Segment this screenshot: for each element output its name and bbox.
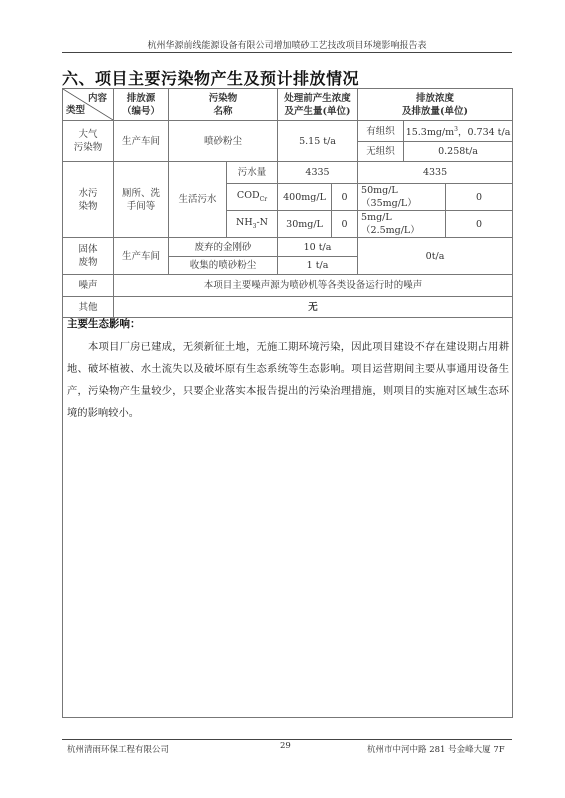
cod-after-conc: 50mg/L（35mg/L） bbox=[358, 184, 446, 211]
header-line: 处理前产生浓度 bbox=[278, 92, 357, 105]
water-pollutant: 生活污水 bbox=[169, 162, 227, 238]
header-line: 及排放量(单位) bbox=[358, 105, 512, 118]
header-line: 排放源 bbox=[114, 92, 168, 105]
air-unorganized-value: 0.258t/a bbox=[404, 142, 513, 162]
page-number: 29 bbox=[280, 741, 291, 751]
table-header-row: 内容 类型 排放源（编号） 污染物名称 处理前产生浓度及产生量(单位) 排放浓度… bbox=[63, 89, 513, 121]
running-header: 杭州华源前线能源设备有限公司增加喷砂工艺技改项目环境影响报告表 bbox=[62, 38, 512, 51]
solid-source: 生产车间 bbox=[114, 238, 169, 275]
footer-address: 杭州市中河中路 281 号金峰大厦 7F bbox=[367, 743, 505, 755]
solid-after: 0t/a bbox=[358, 238, 513, 275]
air-before: 5.15 t/a bbox=[278, 121, 358, 162]
water-item: 污水量 bbox=[227, 162, 278, 184]
header-type: 类型 bbox=[66, 104, 85, 117]
water-source: 厕所、洗手间等 bbox=[114, 162, 169, 238]
noise-row: 噪声 本项目主要噪声源为喷砂机等各类设备运行时的噪声 bbox=[63, 275, 513, 297]
cod-before-conc: 400mg/L bbox=[278, 184, 332, 211]
header-source: 排放源（编号） bbox=[114, 89, 169, 121]
noise-type: 噪声 bbox=[63, 275, 114, 297]
noise-text: 本项目主要噪声源为喷砂机等各类设备运行时的噪声 bbox=[114, 275, 513, 297]
header-line: 及产生量(单位) bbox=[278, 105, 357, 118]
air-organized-label: 有组织 bbox=[358, 121, 404, 142]
solid-item: 收集的喷砂粉尘 bbox=[169, 257, 278, 275]
header-line: 排放浓度 bbox=[358, 92, 512, 105]
air-unorganized-label: 无组织 bbox=[358, 142, 404, 162]
type-line: 污染物 bbox=[63, 141, 113, 154]
eco-impact-title: 主要生态影响： bbox=[67, 316, 141, 331]
nh3n-after-amt: 0 bbox=[446, 211, 513, 238]
water-row-1: 水污染物 厕所、洗手间等 生活污水 污水量 4335 4335 bbox=[63, 162, 513, 184]
solid-before: 10 t/a bbox=[278, 238, 358, 257]
air-row-1: 大气污染物 生产车间 喷砂粉尘 5.15 t/a 有组织 15.3mg/m3，0… bbox=[63, 121, 513, 142]
solid-row-1: 固体废物 生产车间 废弃的金刚砂 10 t/a 0t/a bbox=[63, 238, 513, 257]
eco-impact-body: 本项目厂房已建成，无须新征土地，无施工期环境污染，因此项目建设不存在建设期占用耕… bbox=[67, 336, 509, 424]
header-emission: 排放浓度及排放量(单位) bbox=[358, 89, 513, 121]
nh3n-before-conc: 30mg/L bbox=[278, 211, 332, 238]
item-text: NH bbox=[236, 217, 253, 228]
nh3n-before-amt: 0 bbox=[332, 211, 358, 238]
header-line: 名称 bbox=[169, 105, 277, 118]
type-line: 废物 bbox=[63, 256, 113, 269]
header-before: 处理前产生浓度及产生量(单位) bbox=[278, 89, 358, 121]
water-before: 4335 bbox=[278, 162, 358, 184]
eco-impact-box: 主要生态影响： 本项目厂房已建成，无须新征土地，无施工期环境污染，因此项目建设不… bbox=[62, 306, 513, 718]
item-sub: Cr bbox=[260, 195, 267, 202]
water-type: 水污染物 bbox=[63, 162, 114, 238]
nh3n-after-conc: 5mg/L（2.5mg/L） bbox=[358, 211, 446, 238]
air-organized-value: 15.3mg/m3，0.734 t/a bbox=[404, 121, 513, 142]
water-item-nh3n: NH3-N bbox=[227, 211, 278, 238]
type-line: 固体 bbox=[63, 243, 113, 256]
water-after: 4335 bbox=[358, 162, 513, 184]
diagonal-header-cell: 内容 类型 bbox=[63, 89, 114, 121]
air-pollutant: 喷砂粉尘 bbox=[169, 121, 278, 162]
header-line: （编号） bbox=[114, 105, 168, 118]
water-item-cod: CODCr bbox=[227, 184, 278, 211]
footer-company: 杭州清雨环保工程有限公司 bbox=[67, 743, 169, 755]
cod-before-amt: 0 bbox=[332, 184, 358, 211]
solid-item: 废弃的金刚砂 bbox=[169, 238, 278, 257]
item-text: -N bbox=[256, 217, 268, 228]
value-text: ，0.734 t/a bbox=[458, 127, 510, 138]
header-content: 内容 bbox=[88, 92, 107, 105]
air-type: 大气污染物 bbox=[63, 121, 114, 162]
header-rule bbox=[62, 52, 512, 53]
type-line: 染物 bbox=[63, 200, 113, 213]
type-line: 大气 bbox=[63, 128, 113, 141]
header-pollutant: 污染物名称 bbox=[169, 89, 278, 121]
value-text: 15.3mg/m bbox=[406, 127, 454, 138]
section-title: 六、项目主要污染物产生及预计排放情况 bbox=[62, 66, 359, 89]
pollutant-table: 内容 类型 排放源（编号） 污染物名称 处理前产生浓度及产生量(单位) 排放浓度… bbox=[62, 88, 513, 318]
type-line: 水污 bbox=[63, 187, 113, 200]
source-line: 手间等 bbox=[114, 200, 168, 213]
header-line: 污染物 bbox=[169, 92, 277, 105]
source-line: 厕所、洗 bbox=[114, 187, 168, 200]
solid-type: 固体废物 bbox=[63, 238, 114, 275]
footer-rule bbox=[62, 739, 512, 740]
air-source: 生产车间 bbox=[114, 121, 169, 162]
solid-before: 1 t/a bbox=[278, 257, 358, 275]
item-text: COD bbox=[237, 190, 260, 201]
cod-after-amt: 0 bbox=[446, 184, 513, 211]
